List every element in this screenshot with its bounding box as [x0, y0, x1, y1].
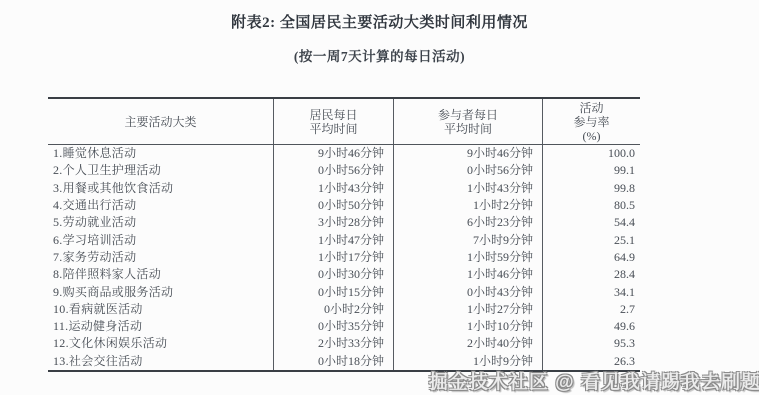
table-row: 3.用餐或其他饮食活动1小时43分钟1小时43分钟99.8: [48, 180, 640, 197]
participation-rate-cell: 99.8: [543, 180, 640, 197]
table-subtitle: (按一周7天计算的每日活动): [0, 45, 759, 65]
table-body: 1.睡觉休息活动9小时46分钟9小时46分钟100.02.个人卫生护理活动0小时…: [48, 145, 640, 370]
participant-avg-time-cell: 1小时2分钟: [394, 197, 543, 214]
table-row: 2.个人卫生护理活动0小时56分钟0小时56分钟99.1: [48, 162, 640, 179]
participant-avg-time-cell: 1小时27分钟: [394, 301, 543, 318]
table-row: 9.购买商品或服务活动0小时15分钟0小时43分钟34.1: [48, 283, 640, 300]
participant-avg-time-cell: 9小时46分钟: [394, 145, 543, 162]
participation-rate-cell: 49.6: [543, 318, 640, 335]
resident-avg-time-cell: 1小时17分钟: [274, 249, 394, 266]
resident-avg-time-cell: 0小时30分钟: [274, 266, 394, 283]
participation-rate-cell: 99.1: [543, 162, 640, 179]
resident-avg-time-cell: 2小时33分钟: [274, 335, 394, 352]
participant-avg-time-cell: 6小时23分钟: [394, 214, 543, 231]
resident-avg-time-cell: 1小时43分钟: [274, 180, 394, 197]
activity-category-cell: 13.社会交往活动: [48, 353, 274, 370]
activity-category-cell: 3.用餐或其他饮食活动: [48, 180, 274, 197]
resident-avg-time-cell: 0小时18分钟: [274, 353, 394, 370]
activity-category-cell: 4.交通出行活动: [48, 197, 274, 214]
participation-rate-cell: 25.1: [543, 231, 640, 248]
participation-rate-cell: 54.4: [543, 214, 640, 231]
table-header-row: 主要活动大类 居民每日 平均时间 参与者每日 平均时间 活动 参与率 (%): [48, 99, 640, 145]
resident-avg-time-cell: 0小时35分钟: [274, 318, 394, 335]
participant-avg-time-cell: 1小时10分钟: [394, 318, 543, 335]
participant-avg-time-cell: 0小时56分钟: [394, 162, 543, 179]
table-row: 12.文化休闲娱乐活动2小时33分钟2小时40分钟95.3: [48, 335, 640, 352]
participation-rate-cell: 2.7: [543, 301, 640, 318]
table-row: 5.劳动就业活动3小时28分钟6小时23分钟54.4: [48, 214, 640, 231]
table-row: 4.交通出行活动0小时50分钟1小时2分钟80.5: [48, 197, 640, 214]
participant-avg-time-cell: 1小时46分钟: [394, 266, 543, 283]
resident-avg-time-cell: 0小时15分钟: [274, 283, 394, 300]
table-row: 1.睡觉休息活动9小时46分钟9小时46分钟100.0: [48, 145, 640, 162]
resident-avg-time-cell: 3小时28分钟: [274, 214, 394, 231]
resident-avg-time-cell: 0小时56分钟: [274, 162, 394, 179]
table-title: 附表2: 全国居民主要活动大类时间利用情况: [0, 11, 759, 32]
activity-category-cell: 2.个人卫生护理活动: [48, 162, 274, 179]
participant-avg-time-cell: 1小时43分钟: [394, 180, 543, 197]
header-participant-avg-time: 参与者每日 平均时间: [394, 99, 543, 144]
header-activity-category: 主要活动大类: [48, 99, 274, 144]
header-resident-avg-time: 居民每日 平均时间: [274, 99, 394, 144]
activity-category-cell: 9.购买商品或服务活动: [48, 283, 274, 300]
participation-rate-cell: 64.9: [543, 249, 640, 266]
activity-category-cell: 5.劳动就业活动: [48, 214, 274, 231]
resident-avg-time-cell: 9小时46分钟: [274, 145, 394, 162]
table-row: 10.看病就医活动0小时2分钟1小时27分钟2.7: [48, 301, 640, 318]
table-row: 7.家务劳动活动1小时17分钟1小时59分钟64.9: [48, 249, 640, 266]
participation-rate-cell: 28.4: [543, 266, 640, 283]
participation-rate-cell: 100.0: [543, 145, 640, 162]
participant-avg-time-cell: 2小时40分钟: [394, 335, 543, 352]
activity-category-cell: 11.运动健身活动: [48, 318, 274, 335]
participant-avg-time-cell: 1小时59分钟: [394, 249, 543, 266]
table-row: 11.运动健身活动0小时35分钟1小时10分钟49.6: [48, 318, 640, 335]
activity-category-cell: 8.陪伴照料家人活动: [48, 266, 274, 283]
activity-category-cell: 10.看病就医活动: [48, 301, 274, 318]
table-row: 6.学习培训活动1小时47分钟7小时9分钟25.1: [48, 231, 640, 248]
statistics-table: 主要活动大类 居民每日 平均时间 参与者每日 平均时间 活动 参与率 (%) 1…: [48, 97, 640, 372]
participation-rate-cell: 80.5: [543, 197, 640, 214]
activity-category-cell: 12.文化休闲娱乐活动: [48, 335, 274, 352]
resident-avg-time-cell: 0小时50分钟: [274, 197, 394, 214]
resident-avg-time-cell: 1小时47分钟: [274, 231, 394, 248]
activity-category-cell: 7.家务劳动活动: [48, 249, 274, 266]
header-participation-rate: 活动 参与率 (%): [543, 99, 640, 144]
participation-rate-cell: 34.1: [543, 283, 640, 300]
participant-avg-time-cell: 0小时43分钟: [394, 283, 543, 300]
document-page: 附表2: 全国居民主要活动大类时间利用情况 (按一周7天计算的每日活动) 主要活…: [0, 0, 759, 395]
activity-category-cell: 6.学习培训活动: [48, 231, 274, 248]
resident-avg-time-cell: 0小时2分钟: [274, 301, 394, 318]
activity-category-cell: 1.睡觉休息活动: [48, 145, 274, 162]
participation-rate-cell: 95.3: [543, 335, 640, 352]
participant-avg-time-cell: 7小时9分钟: [394, 231, 543, 248]
table-row: 8.陪伴照料家人活动0小时30分钟1小时46分钟28.4: [48, 266, 640, 283]
watermark-text: 掘金技术社区 @ 看见我请踢我去刷题: [429, 367, 759, 394]
